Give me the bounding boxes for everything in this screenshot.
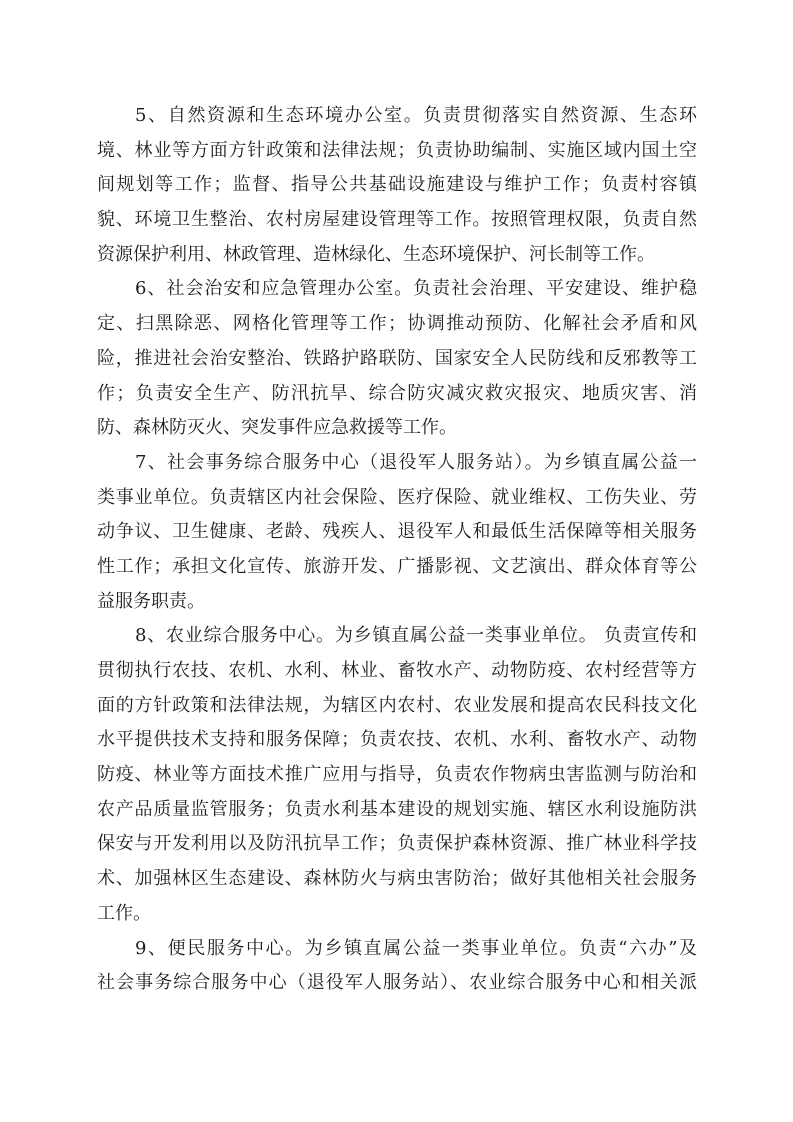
text-line: 动争议、卫生健康、老龄、残疾人、退役军人和最低生活保障等相关服务 <box>97 515 697 550</box>
text-line: 9、便民服务中心。为乡镇直属公益一类事业单位。负责“六办”及 <box>97 932 697 967</box>
text-line: 术、加强林区生态建设、森林防火与病虫害防治；做好其他相关社会服务 <box>97 862 697 897</box>
text-line: 贯彻执行农技、农机、水利、林业、畜牧水产、动物防疫、农村经营等方 <box>97 654 697 689</box>
text-line: 5、自然资源和生态环境办公室。负责贯彻落实自然资源、生态环 <box>97 99 697 134</box>
text-line: 资源保护利用、林政管理、造林绿化、生态环境保护、河长制等工作。 <box>97 238 697 273</box>
text-line: 水平提供技术支持和服务保障；负责农技、农机、水利、畜牧水产、动物 <box>97 723 697 758</box>
text-line: 定、扫黑除恶、网格化管理等工作；协调推动预防、化解社会矛盾和风 <box>97 307 697 342</box>
text-line: 类事业单位。负责辖区内社会保险、医疗保险、就业维权、工伤失业、劳 <box>97 481 697 516</box>
text-line: 6、社会治安和应急管理办公室。负责社会治理、平安建设、维护稳 <box>97 272 697 307</box>
text-line: 貌、环境卫生整治、农村房屋建设管理等工作。按照管理权限，负责自然 <box>97 203 697 238</box>
text-line: 社会事务综合服务中心（退役军人服务站）、农业综合服务中心和相关派 <box>97 966 697 1001</box>
text-line: 间规划等工作；监督、指导公共基础设施建设与维护工作；负责村容镇 <box>97 168 697 203</box>
document-page: 5、自然资源和生态环境办公室。负责贯彻落实自然资源、生态环 境、林业等方面方针政… <box>0 0 793 1122</box>
text-line: 境、林业等方面方针政策和法律法规；负责协助编制、实施区域内国土空 <box>97 134 697 169</box>
text-line: 面的方针政策和法律法规，为辖区内农村、农业发展和提高农民科技文化 <box>97 689 697 724</box>
text-line: 农产品质量监管服务；负责水利基本建设的规划实施、辖区水利设施防洪 <box>97 793 697 828</box>
text-line: 益服务职责。 <box>97 585 697 620</box>
paragraph-8-agriculture-center: 8、农业综合服务中心。为乡镇直属公益一类事业单位。 负责宣传和 贯彻执行农技、农… <box>97 619 697 931</box>
paragraph-9-convenience-service-center: 9、便民服务中心。为乡镇直属公益一类事业单位。负责“六办”及 社会事务综合服务中… <box>97 932 697 1001</box>
text-line: 作；负责安全生产、防汛抗旱、综合防灾减灾救灾报灾、地质灾害、消 <box>97 377 697 412</box>
text-line: 防疫、林业等方面技术推广应用与指导，负责农作物病虫害监测与防治和 <box>97 758 697 793</box>
paragraph-7-social-affairs-center: 7、社会事务综合服务中心（退役军人服务站）。为乡镇直属公益一 类事业单位。负责辖… <box>97 446 697 619</box>
text-line: 防、森林防灭火、突发事件应急救援等工作。 <box>97 411 697 446</box>
text-line: 8、农业综合服务中心。为乡镇直属公益一类事业单位。 负责宣传和 <box>97 619 697 654</box>
text-line: 险，推进社会治安整治、铁路护路联防、国家安全人民防线和反邪教等工 <box>97 342 697 377</box>
text-line: 7、社会事务综合服务中心（退役军人服务站）。为乡镇直属公益一 <box>97 446 697 481</box>
text-line: 工作。 <box>97 897 697 932</box>
text-line: 性工作；承担文化宣传、旅游开发、广播影视、文艺演出、群众体育等公 <box>97 550 697 585</box>
paragraph-6-public-security-office: 6、社会治安和应急管理办公室。负责社会治理、平安建设、维护稳 定、扫黑除恶、网格… <box>97 272 697 445</box>
document-body: 5、自然资源和生态环境办公室。负责贯彻落实自然资源、生态环 境、林业等方面方针政… <box>97 99 697 1001</box>
text-line: 保安与开发利用以及防汛抗旱工作；负责保护森林资源、推广林业科学技 <box>97 827 697 862</box>
paragraph-5-natural-resources-office: 5、自然资源和生态环境办公室。负责贯彻落实自然资源、生态环 境、林业等方面方针政… <box>97 99 697 272</box>
